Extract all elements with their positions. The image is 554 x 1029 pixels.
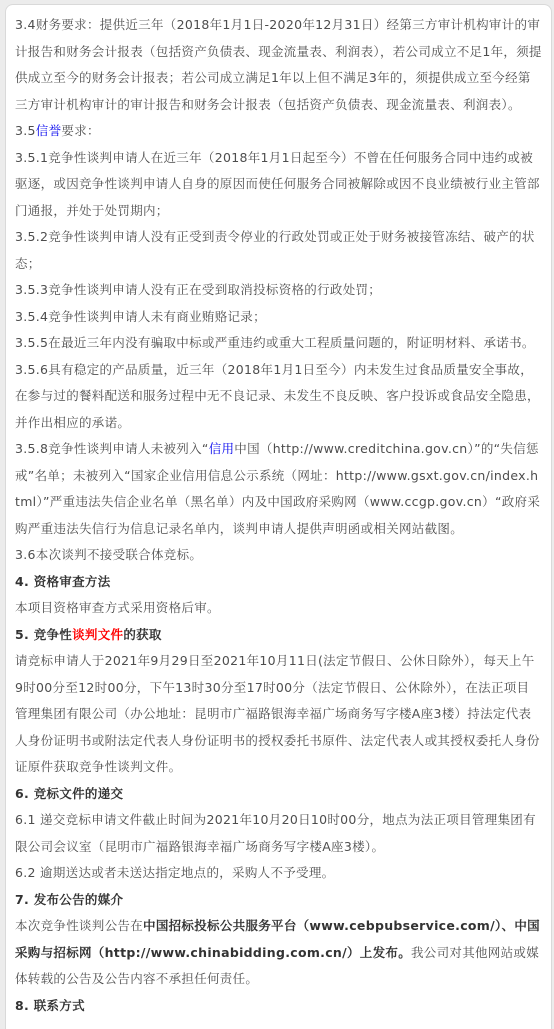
section-5-body: 请竞标申请人于2021年9月29日至2021年10月11日(法定节假日、公休日除… xyxy=(15,648,542,781)
section-7-heading: 7. 发布公告的媒介 xyxy=(15,887,542,914)
section-5-heading-text: 的获取 xyxy=(123,627,161,642)
section-6-1-text: 6.1 递交竞标申请文件截止时间为2021年10月20日10时00分，地点为法正… xyxy=(15,812,536,854)
section-6-heading: 6. 竞标文件的递交 xyxy=(15,781,542,808)
announcement-page: 3.4财务要求：提供近三年（2018年1月1日-2020年12月31日）经第三方… xyxy=(5,4,552,1029)
section-3-5-5: 3.5.5在最近三年内没有骗取中标或严重违约或重大工程质量问题的，附证明材料、承… xyxy=(15,330,542,357)
document-body: 3.4财务要求：提供近三年（2018年1月1日-2020年12月31日）经第三方… xyxy=(15,12,542,1019)
section-6-2: 6.2 逾期送达或者未送达指定地点的，采购人不予受理。 xyxy=(15,860,542,887)
section-5-heading-text: 5. 竞争性 xyxy=(15,627,72,642)
section-7-body: 本次竞争性谈判公告在中国招标投标公共服务平台（www.cebpubservice… xyxy=(15,913,542,993)
section-3-5: 3.5信誉要求： xyxy=(15,118,542,145)
section-3-5-5-text: 3.5.5在最近三年内没有骗取中标或严重违约或重大工程质量问题的，附证明材料、承… xyxy=(15,335,535,350)
section-3-4-text: 3.4财务要求：提供近三年（2018年1月1日-2020年12月31日）经第三方… xyxy=(15,17,542,112)
section-3-6: 3.6本次谈判不接受联合体竞标。 xyxy=(15,542,542,569)
section-4-heading-text: 4. 资格审查方法 xyxy=(15,574,111,589)
section-3-5-8: 3.5.8竞争性谈判申请人未被列入“信用中国（http://www.credit… xyxy=(15,436,542,542)
section-8-heading-text: 8. 联系方式 xyxy=(15,998,85,1013)
section-7-heading-text: 7. 发布公告的媒介 xyxy=(15,892,123,907)
section-8-heading: 8. 联系方式 xyxy=(15,993,542,1020)
section-7-body-text: 本次竞争性谈判公告在 xyxy=(15,918,143,933)
section-3-5-8-link[interactable]: 信用 xyxy=(209,441,235,456)
section-3-5-6-text: 3.5.6具有稳定的产品质量，近三年（2018年1月1日至今）内未发生过食品质量… xyxy=(15,362,540,430)
section-3-5-text: 3.5 xyxy=(15,123,36,138)
section-5-heading: 5. 竞争性谈判文件的获取 xyxy=(15,622,542,649)
section-3-5-6: 3.5.6具有稳定的产品质量，近三年（2018年1月1日至今）内未发生过食品质量… xyxy=(15,357,542,437)
section-3-5-2: 3.5.2竞争性谈判申请人没有正受到责令停业的行政处罚或正处于财务被接管冻结、破… xyxy=(15,224,542,277)
section-3-5-8-text: 3.5.8竞争性谈判申请人未被列入“ xyxy=(15,441,209,456)
section-3-5-4-text: 3.5.4竞争性谈判申请人未有商业贿赂记录； xyxy=(15,309,266,324)
section-3-5-1: 3.5.1竞争性谈判申请人在近三年（2018年1月1日起至今）不曾在任何服务合同… xyxy=(15,145,542,225)
section-6-heading-text: 6. 竞标文件的递交 xyxy=(15,786,123,801)
section-6-2-text: 6.2 逾期送达或者未送达指定地点的，采购人不予受理。 xyxy=(15,865,334,880)
section-3-5-2-text: 3.5.2竞争性谈判申请人没有正受到责令停业的行政处罚或正处于财务被接管冻结、破… xyxy=(15,229,535,271)
section-6-1: 6.1 递交竞标申请文件截止时间为2021年10月20日10时00分，地点为法正… xyxy=(15,807,542,860)
section-3-5-link[interactable]: 信誉 xyxy=(36,123,62,138)
section-5-body-text: 请竞标申请人于2021年9月29日至2021年10月11日(法定节假日、公休日除… xyxy=(15,653,540,774)
section-3-4: 3.4财务要求：提供近三年（2018年1月1日-2020年12月31日）经第三方… xyxy=(15,12,542,118)
section-4-body-text: 本项目资格审查方式采用资格后审。 xyxy=(15,600,220,615)
section-4-body: 本项目资格审查方式采用资格后审。 xyxy=(15,595,542,622)
section-3-5-3-text: 3.5.3竞争性谈判申请人没有正在受到取消投标资格的行政处罚； xyxy=(15,282,381,297)
section-3-5-4: 3.5.4竞争性谈判申请人未有商业贿赂记录； xyxy=(15,304,542,331)
section-3-5-3: 3.5.3竞争性谈判申请人没有正在受到取消投标资格的行政处罚； xyxy=(15,277,542,304)
section-3-5-text: 要求： xyxy=(61,123,99,138)
section-3-5-1-text: 3.5.1竞争性谈判申请人在近三年（2018年1月1日起至今）不曾在任何服务合同… xyxy=(15,150,540,218)
section-4-heading: 4. 资格审查方法 xyxy=(15,569,542,596)
section-5-heading-text: 谈判文件 xyxy=(72,627,123,642)
section-3-6-text: 3.6本次谈判不接受联合体竞标。 xyxy=(15,547,202,562)
